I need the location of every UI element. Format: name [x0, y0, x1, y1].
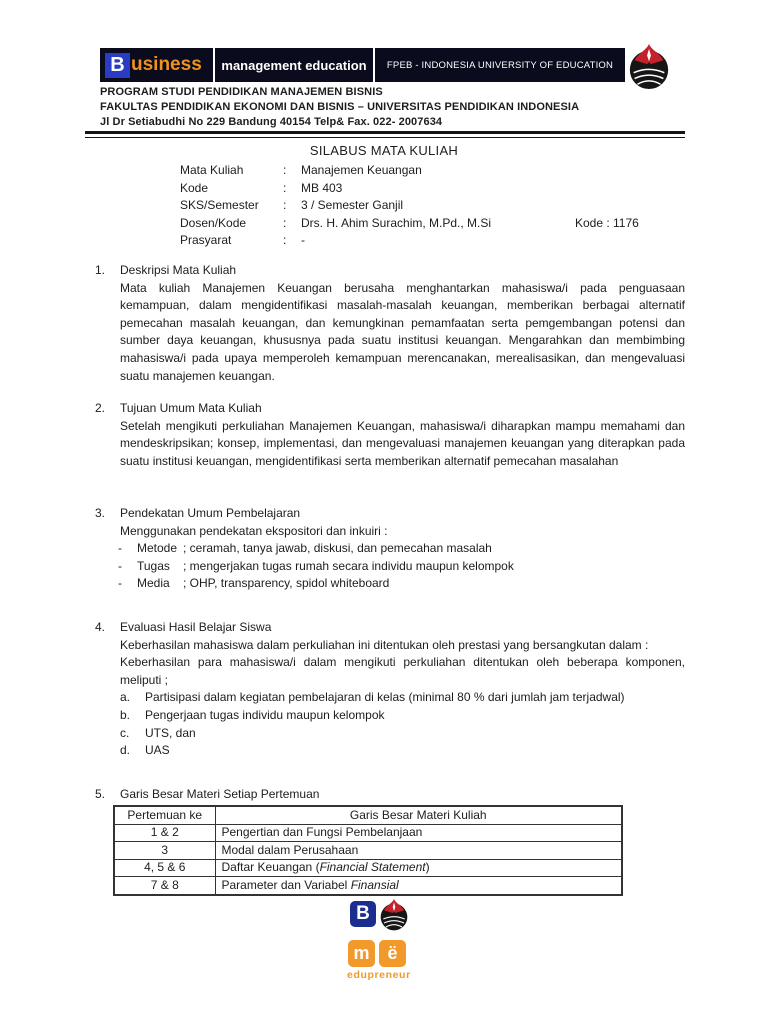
field-colon: : [283, 232, 301, 250]
field-colon: : [283, 215, 301, 233]
section-heading: Deskripsi Mata Kuliah [120, 262, 236, 280]
table-row: 7 & 8 Parameter dan Variabel Finansial [114, 877, 622, 895]
field-label: Dosen/Kode [180, 215, 283, 233]
edupreneur-logo: B m ë edupreneur [347, 901, 415, 981]
field-value: Drs. H. Ahim Surachim, M.Pd., M.Si [301, 215, 491, 233]
topic-italic: Finansial [351, 878, 399, 892]
media-bullet: - Media ; OHP, transparency, spidol whit… [118, 575, 685, 593]
letterhead-address: Jl Dr Setiabudhi No 229 Bandung 40154 Te… [100, 115, 700, 130]
meeting-cell: 7 & 8 [114, 877, 215, 895]
section-evaluasi: 4. Evaluasi Hasil Belajar Siswa Keberhas… [95, 619, 685, 760]
upi-emblem-icon [378, 898, 410, 937]
bullet-desc: ; mengerjakan tugas rumah secara individ… [183, 558, 685, 576]
table-row: 4, 5 & 6 Daftar Keuangan (Financial Stat… [114, 859, 622, 877]
bullet-term: Metode [137, 540, 183, 558]
section-heading-row: 4. Evaluasi Hasil Belajar Siswa [95, 619, 685, 637]
item-text: UAS [145, 742, 685, 760]
item-text: UTS, dan [145, 725, 685, 743]
topic-cell: Pengertian dan Fungsi Pembelanjaan [215, 824, 622, 842]
section-tujuan: 2. Tujuan Umum Mata Kuliah Setelah mengi… [95, 400, 685, 470]
column-header-meeting: Pertemuan ke [114, 806, 215, 824]
bullet-term: Media [137, 575, 183, 593]
logo-row-top: B [347, 901, 415, 937]
logo-b-tile: B [350, 901, 376, 927]
letterhead: PROGRAM STUDI PENDIDIKAN MANAJEMEN BISNI… [100, 85, 700, 130]
section-paragraph: Mata kuliah Manajemen Keuangan berusaha … [120, 280, 685, 386]
field-value: Manajemen Keuangan [301, 162, 422, 180]
brand-banner: B usiness management education FPEB - IN… [100, 48, 625, 82]
lecturer-code: Kode : 1176 [575, 215, 639, 233]
section-deskripsi: 1. Deskripsi Mata Kuliah Mata kuliah Man… [95, 262, 685, 385]
banner-fpeb-segment: FPEB - INDONESIA UNIVERSITY OF EDUCATION [373, 48, 625, 82]
section-number: 4. [95, 619, 120, 637]
business-wordmark: usiness [131, 54, 202, 76]
bullet-dash: - [118, 575, 137, 593]
course-row-sks-semester: SKS/Semester : 3 / Semester Ganjil [180, 197, 685, 215]
section-heading: Pendekatan Umum Pembelajaran [120, 505, 300, 523]
list-item: b. Pengerjaan tugas individu maupun kelo… [120, 707, 685, 725]
table-header-row: Pertemuan ke Garis Besar Materi Kuliah [114, 806, 622, 824]
bullet-dash: - [118, 558, 137, 576]
field-value: MB 403 [301, 180, 342, 198]
section-heading: Evaluasi Hasil Belajar Siswa [120, 619, 271, 637]
section-heading-row: 2. Tujuan Umum Mata Kuliah [95, 400, 685, 418]
section-pendekatan: 3. Pendekatan Umum Pembelajaran Mengguna… [95, 505, 685, 593]
item-text: Partisipasi dalam kegiatan pembelajaran … [145, 689, 685, 707]
section-number: 1. [95, 262, 120, 280]
field-value: 3 / Semester Ganjil [301, 197, 403, 215]
item-marker: a. [120, 689, 145, 707]
list-item: c. UTS, dan [120, 725, 685, 743]
field-label: Kode [180, 180, 283, 198]
topic-italic: Financial Statement [320, 860, 426, 874]
section-heading: Garis Besar Materi Setiap Pertemuan [120, 786, 319, 804]
topic-text: Parameter dan Variabel [222, 878, 351, 892]
course-info: Mata Kuliah : Manajemen Keuangan Kode : … [180, 162, 685, 250]
section-number: 2. [95, 400, 120, 418]
field-value: - [301, 232, 305, 250]
banner-management-segment: management education [213, 48, 373, 82]
field-colon: : [283, 180, 301, 198]
logo-row-bottom: m ë [348, 940, 415, 967]
section-garis-besar: 5. Garis Besar Materi Setiap Pertemuan [95, 786, 685, 804]
topic-text: Pengertian dan Fungsi Pembelanjaan [222, 825, 423, 839]
business-b-logo: B [105, 53, 130, 78]
letterhead-faculty: FAKULTAS PENDIDIKAN EKONOMI DAN BISNIS –… [100, 100, 700, 115]
topic-text: ) [426, 860, 430, 874]
section-heading-row: 5. Garis Besar Materi Setiap Pertemuan [95, 786, 685, 804]
field-colon: : [283, 197, 301, 215]
meetings-table: Pertemuan ke Garis Besar Materi Kuliah 1… [113, 805, 623, 896]
column-header-topic: Garis Besar Materi Kuliah [215, 806, 622, 824]
logo-m-tile: m [348, 940, 375, 967]
logo-e-tile: ë [379, 940, 406, 967]
section-heading-row: 1. Deskripsi Mata Kuliah [95, 262, 685, 280]
meeting-cell: 3 [114, 842, 215, 860]
topic-cell: Parameter dan Variabel Finansial [215, 877, 622, 895]
syllabus-page: B usiness management education FPEB - IN… [0, 0, 768, 1024]
section-number: 5. [95, 786, 120, 804]
field-label: Prasyarat [180, 232, 283, 250]
field-label: Mata Kuliah [180, 162, 283, 180]
section-intro: Menggunakan pendekatan ekspositori dan i… [120, 523, 685, 541]
list-item: a. Partisipasi dalam kegiatan pembelajar… [120, 689, 685, 707]
letterhead-program: PROGRAM STUDI PENDIDIKAN MANAJEMEN BISNI… [100, 85, 700, 100]
field-colon: : [283, 162, 301, 180]
page-title: SILABUS MATA KULIAH [0, 143, 768, 158]
course-row-prasyarat: Prasyarat : - [180, 232, 685, 250]
banner-business-segment: B usiness [100, 48, 213, 82]
table-row: 1 & 2 Pengertian dan Fungsi Pembelanjaan [114, 824, 622, 842]
section-number: 3. [95, 505, 120, 523]
section-paragraph: Keberhasilan mahasiswa dalam perkuliahan… [120, 637, 685, 655]
fpeb-label: FPEB - INDONESIA UNIVERSITY OF EDUCATION [387, 60, 613, 71]
course-row-dosen: Dosen/Kode : Drs. H. Ahim Surachim, M.Pd… [180, 215, 685, 233]
section-heading-row: 3. Pendekatan Umum Pembelajaran [95, 505, 685, 523]
section-heading: Tujuan Umum Mata Kuliah [120, 400, 262, 418]
section-paragraph: Keberhasilan para mahasiswa/i dalam meng… [120, 654, 685, 689]
section-paragraph: Setelah mengikuti perkuliahan Manajemen … [120, 418, 685, 471]
meeting-cell: 1 & 2 [114, 824, 215, 842]
table-row: 3 Modal dalam Perusahaan [114, 842, 622, 860]
topic-text: Daftar Keuangan ( [222, 860, 320, 874]
management-education-label: management education [221, 58, 366, 73]
list-item: d. UAS [120, 742, 685, 760]
item-text: Pengerjaan tugas individu maupun kelompo… [145, 707, 685, 725]
method-bullet: - Metode ; ceramah, tanya jawab, diskusi… [118, 540, 685, 558]
bullet-term: Tugas [137, 558, 183, 576]
item-marker: d. [120, 742, 145, 760]
meeting-cell: 4, 5 & 6 [114, 859, 215, 877]
field-label: SKS/Semester [180, 197, 283, 215]
course-row-kode: Kode : MB 403 [180, 180, 685, 198]
bullet-dash: - [118, 540, 137, 558]
edupreneur-caption: edupreneur [347, 969, 409, 981]
topic-cell: Modal dalam Perusahaan [215, 842, 622, 860]
task-bullet: - Tugas ; mengerjakan tugas rumah secara… [118, 558, 685, 576]
header-divider [85, 131, 685, 138]
topic-cell: Daftar Keuangan (Financial Statement) [215, 859, 622, 877]
course-row-mata-kuliah: Mata Kuliah : Manajemen Keuangan [180, 162, 685, 180]
bullet-desc: ; ceramah, tanya jawab, diskusi, dan pem… [183, 540, 685, 558]
item-marker: c. [120, 725, 145, 743]
bullet-desc: ; OHP, transparency, spidol whiteboard [183, 575, 685, 593]
item-marker: b. [120, 707, 145, 725]
topic-text: Modal dalam Perusahaan [222, 843, 359, 857]
